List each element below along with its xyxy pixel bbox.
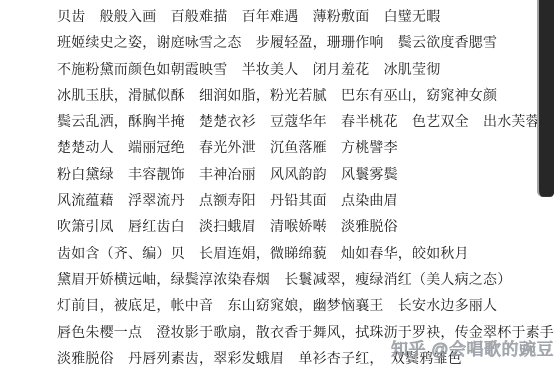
text-line: 黛眉开娇横远岫，绿鬓淳浓染春烟 长鬟减翠，瘦绿消红（美人病之态） bbox=[57, 266, 554, 292]
text-line: 风流蕴藉 浮翠流丹 点额寿阳 丹铅其面 点染曲眉 bbox=[57, 187, 554, 213]
text-line: 唇色朱樱一点 澄妆影于歌扇，散衣香于舞风，拭珠沥于罗袂，传金翠杯于素手 bbox=[57, 319, 554, 345]
text-line: 灯前目，被底足，帐中音 东山窈窕娘，幽梦恼襄王 长安水边多丽人 bbox=[57, 292, 554, 318]
text-line: 不施粉黛而颜色如朝霞映雪 半妆美人 闭月羞花 冰肌莹彻 bbox=[57, 56, 554, 82]
text-line: 鬓云乱洒，酥胸半掩 楚楚衣衫 豆蔻华年 春半桃花 色艺双全 出水芙蓉 bbox=[57, 108, 554, 134]
text-line: 粉白黛绿 丰容靓饰 丰神冶丽 风风韵韵 风鬟雾鬓 bbox=[57, 161, 554, 187]
text-line: 齿如含（齐、编）贝 长眉连娟，微睇绵藐 灿如春华，皎如秋月 bbox=[57, 240, 554, 266]
text-line: 淡雅脱俗 丹唇列素齿，翠彩发蛾眉 单衫杏子红， 双鬓鸦雏色 bbox=[57, 345, 554, 371]
scrollbar-thumb[interactable] bbox=[537, 0, 554, 197]
document-text: 贝齿 般般入画 百般难描 百年难遇 薄粉敷面 白璧无暇 班姬续史之姿，谢庭咏雪之… bbox=[57, 3, 554, 371]
text-line: 楚楚动人 端丽冠绝 春光外泄 沉鱼落雁 方桃譬李 bbox=[57, 134, 554, 160]
text-line: 贝齿 般般入画 百般难描 百年难遇 薄粉敷面 白璧无暇 bbox=[57, 3, 554, 29]
text-line: 吹箫引凤 唇红齿白 淡扫蛾眉 清喉娇啭 淡雅脱俗 bbox=[57, 213, 554, 239]
text-line: 冰肌玉肤，滑腻似酥 细润如脂，粉光若腻 巴东有巫山，窈窕神女颜 bbox=[57, 82, 554, 108]
text-line: 班姬续史之姿，谢庭咏雪之态 步履轻盈，珊珊作响 鬓云欲度香腮雪 bbox=[57, 29, 554, 55]
